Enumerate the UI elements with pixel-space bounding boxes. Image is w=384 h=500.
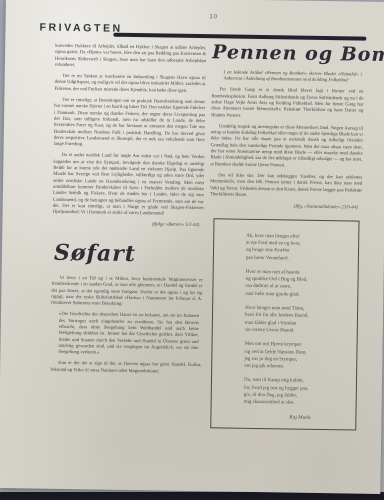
poem-signature: Kaj Munk. [289,414,349,421]
masthead: FRIVAGTEN [39,22,122,35]
paragraph: Det vil ikke ske. Der kan ødelægges Værd… [210,173,362,201]
header-rule [113,33,366,41]
scan-background: 10 FRIVAGTEN krævedes Dykkere til Arbejd… [0,0,384,500]
poem-stanza: Du, som til Kamp mig kalder, for, hvad j… [244,377,350,408]
poem-stanza: Men om mit Hjerte krymper sig ved at fæl… [244,341,350,372]
scan-edge-strip [0,492,384,500]
paragraph: For fjerde Gang er et dansk Blad blevet … [211,88,363,122]
quoted-paragraph: »Die Geschichte der deutschen Hanse ist … [50,312,202,358]
left-column: krævedes Dykkere til Arbejdet, tilbød en… [50,44,206,381]
source-attribution: (Iflg. »Nationaltidende« 23/9-44) [210,203,358,212]
right-column: Pennen og Bomben I en ledende Artikel »P… [206,41,364,430]
article-heading-pennen-og-bomben: Pennen og Bomben [212,41,364,65]
magazine-page: 10 FRIVAGTEN krævedes Dykkere til Arbejd… [0,0,384,494]
poem-stanza: Hvor er man træt af haarde og spodske Or… [245,269,351,300]
section-heading-sofart: Søfart [54,240,203,268]
paragraph: Det er nu Tanken at iværksætte en Indsam… [54,74,205,95]
paragraph: Vi lever i en Tid og i et Milieu, hvor k… [51,276,202,310]
paragraph: Kun er der det at sige til det, at Haven… [50,361,201,376]
source-attribution: (Ifølge »Børsen« 5/3-44) [52,221,199,230]
paragraph: krævedes Dykkere til Arbejdet, tilbød en… [55,44,206,72]
paragraph: Det er rimeligt, at Beretningen om en pr… [54,98,206,151]
paragraph: Da et andet nordisk Land for nogle Aar s… [53,153,205,218]
poem-box: Ak, hvor man længes efter at eje Fred me… [210,218,359,430]
page-number: 10 [204,14,224,20]
paragraph: Uendelig tragisk og meningsløs er disse … [210,124,363,170]
poem-stanza: Hvor længes man mod Tiden, hvor frit fra… [245,305,351,336]
article-intro: I en ledende Artikel »Pennen og Bomben« … [224,70,362,85]
poem-stanza: Ak, hvor man længes efter at eje Fred me… [246,232,352,263]
